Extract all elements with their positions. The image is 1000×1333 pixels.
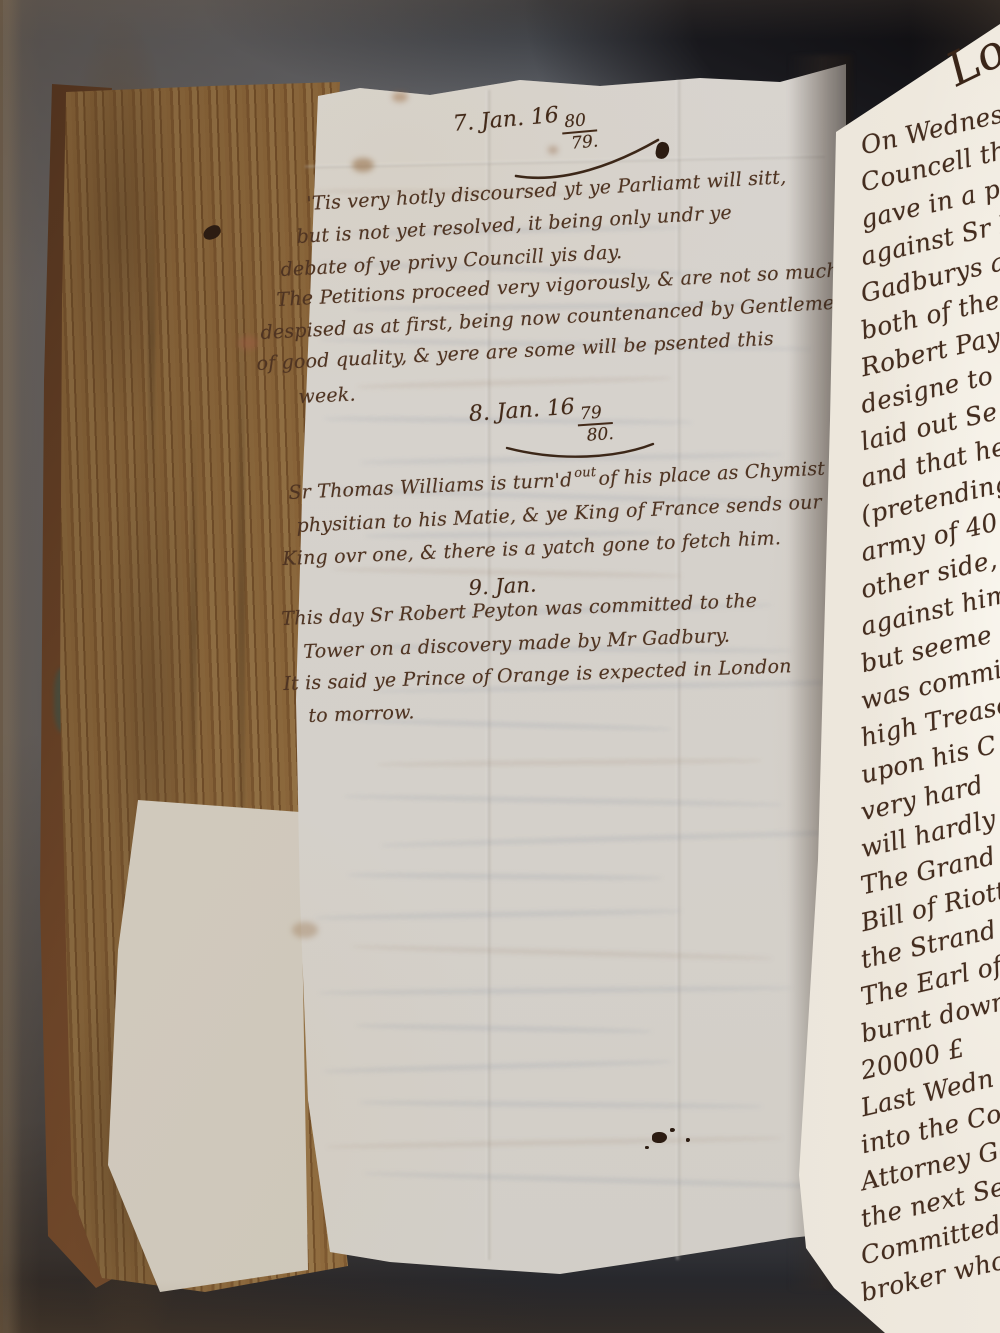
right-page-text: On WednesdaCouncell thagave in a proagai…	[0, 0, 1000, 1333]
manuscript-photo: 7. Jan. 168079. 'Tis very hotly discours…	[0, 0, 1000, 1333]
